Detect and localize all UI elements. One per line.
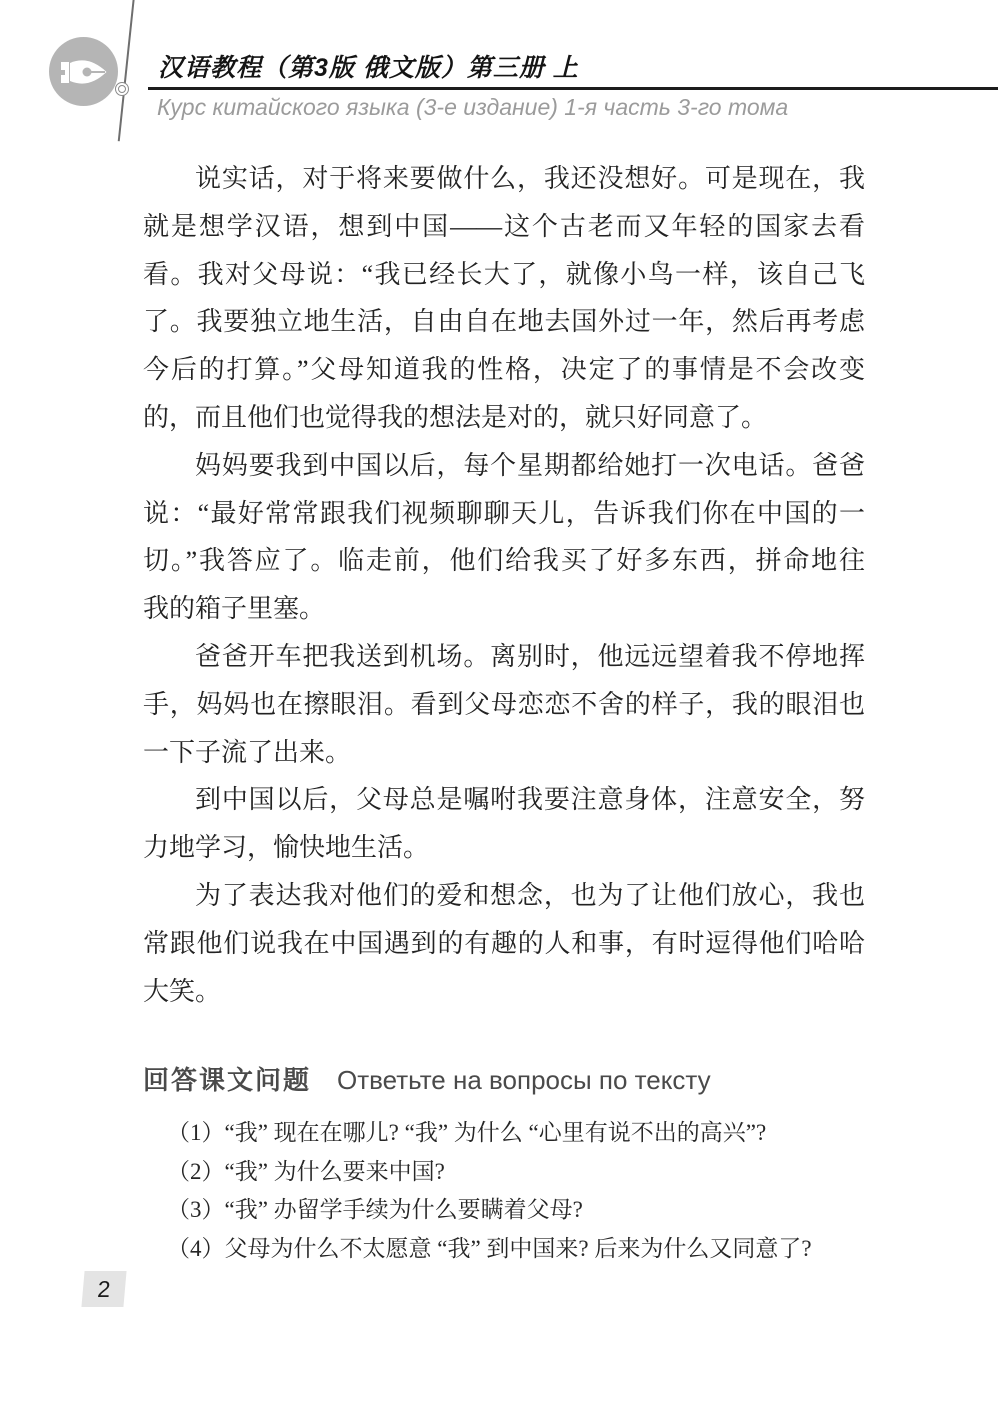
text-line: 了。我要独立地生活，自由自在地去国外过一年，然后再考虑 [143, 298, 865, 346]
book-title-zh: 汉语教程（第3版 俄文版）第三册 上 [158, 48, 579, 84]
text-line: 说实话，对于将来要做什么，我还没想好。可是现在，我 [143, 155, 865, 203]
exercise-heading-zh: 回答课文问题 [143, 1065, 311, 1095]
ring-icon [115, 82, 129, 96]
paragraph: 说实话，对于将来要做什么，我还没想好。可是现在，我就是想学汉语，想到中国——这个… [143, 155, 865, 442]
text-line: 一下子流了出来。 [143, 729, 865, 777]
book-page: 汉语教程（第3版 俄文版）第三册 上 Курс китайского языка… [0, 0, 1004, 1401]
text-line: 的，而且他们也觉得我的想法是对的，就只好同意了。 [143, 394, 865, 442]
text-line: 大笑。 [143, 968, 865, 1016]
exercise-heading: 回答课文问题Ответьте на вопросы по тексту [143, 1060, 711, 1097]
text-line: 手，妈妈也在擦眼泪。看到父母恋恋不舍的样子，我的眼泪也 [143, 681, 865, 729]
text-line: 就是想学汉语，想到中国——这个古老而又年轻的国家去看 [143, 203, 865, 251]
question-item: （1）“我” 现在在哪儿? “我” 为什么 “心里有说不出的高兴”? [167, 1114, 887, 1153]
paragraph: 爸爸开车把我送到机场。离别时，他远远望着我不停地挥手，妈妈也在擦眼泪。看到父母恋… [143, 633, 865, 776]
text-line: 为了表达我对他们的爱和想念，也为了让他们放心，我也 [143, 872, 865, 920]
question-item: （2）“我” 为什么要来中国? [167, 1153, 887, 1192]
exercise-heading-ru: Ответьте на вопросы по тексту [337, 1065, 711, 1095]
pen-nib-icon [49, 37, 118, 106]
header-rule [148, 87, 998, 90]
book-subtitle-ru: Курс китайского языка (3-е издание) 1-я … [157, 94, 788, 121]
text-line: 今后的打算。”父母知道我的性格，决定了的事情是不会改变 [143, 346, 865, 394]
paragraph: 妈妈要我到中国以后，每个星期都给她打一次电话。爸爸说：“最好常常跟我们视频聊聊天… [143, 442, 865, 633]
text-line: 到中国以后，父母总是嘱咐我要注意身体，注意安全，努 [143, 776, 865, 824]
body-text: 说实话，对于将来要做什么，我还没想好。可是现在，我就是想学汉语，想到中国——这个… [143, 155, 865, 1015]
text-line: 说：“最好常常跟我们视频聊聊天儿，告诉我们你在中国的一 [143, 490, 865, 538]
text-line: 看。我对父母说：“我已经长大了，就像小鸟一样，该自己飞 [143, 251, 865, 299]
decorative-diagonal-line [118, 0, 135, 141]
text-line: 妈妈要我到中国以后，每个星期都给她打一次电话。爸爸 [143, 442, 865, 490]
text-line: 我的箱子里塞。 [143, 585, 865, 633]
page-number-badge: 2 [81, 1271, 126, 1307]
paragraph: 为了表达我对他们的爱和想念，也为了让他们放心，我也常跟他们说我在中国遇到的有趣的… [143, 872, 865, 1015]
text-line: 切。”我答应了。临走前，他们给我买了好多东西，拼命地往 [143, 537, 865, 585]
page-number: 2 [96, 1276, 111, 1303]
text-line: 爸爸开车把我送到机场。离别时，他远远望着我不停地挥 [143, 633, 865, 681]
question-item: （4）父母为什么不太愿意 “我” 到中国来? 后来为什么又同意了? [167, 1230, 887, 1269]
text-line: 力地学习，愉快地生活。 [143, 824, 865, 872]
paragraph: 到中国以后，父母总是嘱咐我要注意身体，注意安全，努力地学习，愉快地生活。 [143, 776, 865, 872]
text-line: 常跟他们说我在中国遇到的有趣的人和事，有时逗得他们哈哈 [143, 920, 865, 968]
question-item: （3）“我” 办留学手续为什么要瞒着父母? [167, 1191, 887, 1230]
questions-list: （1）“我” 现在在哪儿? “我” 为什么 “心里有说不出的高兴”?（2）“我”… [167, 1114, 887, 1268]
